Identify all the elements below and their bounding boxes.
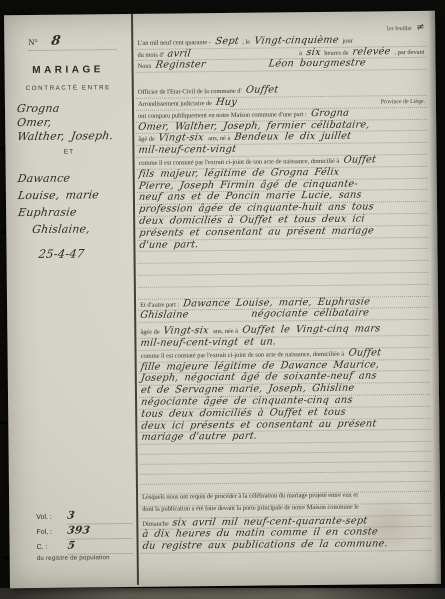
handwritten-text: 5 xyxy=(67,541,76,552)
printed-text: âgé de xyxy=(138,137,155,144)
rule-filler xyxy=(241,103,377,104)
rule-filler xyxy=(193,317,247,318)
printed-text: ans, né à xyxy=(208,136,230,143)
act-number-value: 8 xyxy=(51,35,62,48)
handwritten-text: Léon bourgmestre xyxy=(268,59,367,70)
printed-text: du mois d' xyxy=(137,52,163,59)
c-value: 5 xyxy=(67,535,132,555)
handwritten-text: Louise, marie xyxy=(17,189,99,201)
table-edge xyxy=(0,588,445,599)
handwritten-text: Ouffet xyxy=(343,155,377,165)
handwritten-text: Vingt-cinquième xyxy=(253,36,339,47)
printed-text: Lesquels nous ont requis de procéder à l… xyxy=(142,493,358,502)
printed-text: ans, née à xyxy=(213,329,238,336)
handwritten-text: Omer, xyxy=(16,117,52,128)
handwritten-text: Ouffet le Vingt-cinq mars xyxy=(241,324,380,335)
printed-text: jour xyxy=(343,38,353,45)
handwritten-text: six xyxy=(305,48,321,58)
printed-text: ont comparu publiquement en notre Maison… xyxy=(138,112,307,120)
printed-text: Dimanche xyxy=(142,521,168,528)
handwritten-text: Ghislaine, xyxy=(32,223,91,235)
handwritten-text: Dawance xyxy=(17,173,71,185)
handwritten-text: Sept xyxy=(214,37,239,47)
handwritten-text: Euphrasie xyxy=(17,207,77,219)
handwritten-text: Walther, Joseph. xyxy=(17,130,114,142)
printed-text: Province de Liège. xyxy=(381,99,425,105)
printed-text: Et d'autre part : xyxy=(140,302,179,309)
date-annotation: 25-4-47 xyxy=(38,244,84,262)
handwritten-text: deux domiciliés à Ouffet et tous deux ic… xyxy=(139,214,366,226)
rule-filler xyxy=(373,315,427,316)
handwritten-text: Reginster xyxy=(154,61,205,71)
printed-text: à xyxy=(299,51,302,58)
vol-row: Vol. : 3 xyxy=(36,505,132,521)
fol-row: Fol, : 393 xyxy=(36,520,132,536)
printed-text: , le xyxy=(242,39,250,46)
handwritten-text: d'une part. xyxy=(139,240,199,250)
binding-stitch xyxy=(0,421,8,424)
handwritten-text: relevée xyxy=(352,47,391,57)
printed-text: comme il est constaté par l'extrait ci-j… xyxy=(141,351,345,360)
printed-text: Officier de l'Etat-Civil de la commune d… xyxy=(138,89,242,97)
act-lines: 1er feuillet≠L'an mil neuf cent quarante… xyxy=(135,23,432,554)
handwritten-text: présents et consentant au présent mariag… xyxy=(139,226,375,238)
printed-text: dont la publication a été faite devant l… xyxy=(142,504,359,513)
rule-filler xyxy=(370,65,425,66)
act-line: Ghislainenégociante célibataire xyxy=(138,308,429,323)
printed-text: comme il est constaté par l'extrait ci-j… xyxy=(139,159,340,168)
act-text-column: 1er feuillet≠L'an mil neuf cent quarante… xyxy=(135,23,432,554)
bride-name-block: Dawance Louise, marie Euphrasie Ghislain… xyxy=(18,168,100,237)
handwritten-text: 25-4-47 xyxy=(38,248,85,260)
handwritten-text: du registre aux publications de la commu… xyxy=(142,540,388,552)
printed-text: 1er feuillet xyxy=(386,26,412,32)
act-subtitle: CONTRACTÉ ENTRE xyxy=(5,84,132,92)
act-title: MARIAGE xyxy=(5,64,132,76)
register-caption: du registre de population xyxy=(37,554,133,562)
register-references: Vol. : 3 Fol, : 393 C. : 5 du registre d… xyxy=(36,505,133,562)
act-number-row: N° 8 xyxy=(28,34,116,51)
handwritten-text: ≠ xyxy=(415,23,425,33)
rule-filler xyxy=(195,55,295,56)
handwritten-text: avril xyxy=(167,49,192,59)
printed-text: Nous xyxy=(138,64,152,71)
handwritten-text: Grogna xyxy=(16,103,60,114)
act-line: NousReginsterLéon bourgmestre xyxy=(136,58,427,73)
handwritten-text: tous deux domiciliés à Ouffet et tous xyxy=(141,407,347,419)
handwritten-text: Ouffet xyxy=(245,86,279,96)
handwritten-text: Vingt-six xyxy=(163,326,210,336)
rule-filler xyxy=(209,67,264,68)
handwritten-text: deux ici présents et consentant au prése… xyxy=(141,419,377,431)
printed-text: Arrondissement judiciaire de xyxy=(138,101,212,108)
printed-text: L'an mil neuf cent quarante - xyxy=(137,40,211,47)
handwritten-text: Ouffet xyxy=(347,348,381,358)
photo-background: N° 8 MARIAGE CONTRACTÉ ENTRE Grogna Omer… xyxy=(0,0,445,599)
handwritten-text: fils majeur, légitime de Grogna Félix xyxy=(138,168,340,180)
and-label: ET xyxy=(5,148,132,156)
printed-text: âgée de xyxy=(140,330,159,337)
register-page: N° 8 MARIAGE CONTRACTÉ ENTRE Grogna Omer… xyxy=(4,11,441,588)
handwritten-text: 393 xyxy=(67,525,91,536)
handwritten-text: mariage d'autre part. xyxy=(141,432,258,443)
printed-text: , par devant xyxy=(394,49,424,56)
handwritten-text: 3 xyxy=(67,511,76,522)
vol-label: Vol. : xyxy=(36,514,62,521)
groom-name-block: Grogna Omer, Walther, Joseph. xyxy=(17,98,113,141)
handwritten-text: Bendeux le dix juillet xyxy=(234,132,352,143)
handwritten-text: Huy xyxy=(215,98,237,108)
handwritten-text: Vingt-six xyxy=(158,134,205,144)
margin-column: N° 8 MARIAGE CONTRACTÉ ENTRE Grogna Omer… xyxy=(4,14,137,588)
act-number-label: N° xyxy=(28,38,38,47)
handwritten-text: négociante âgée de cinquante-cinq ans xyxy=(140,396,353,408)
c-row: C. : 5 xyxy=(36,535,132,551)
handwritten-text: négociante célibataire xyxy=(250,309,369,320)
handwritten-text: mil-neuf-cent-vingt xyxy=(138,145,237,156)
printed-text: heures de xyxy=(324,50,348,57)
handwritten-text: Ghislaine xyxy=(140,311,190,321)
c-label: C. : xyxy=(37,544,63,551)
handwritten-text: mil-neuf-cent-vingt et un. xyxy=(140,337,277,348)
fol-label: Fol, : xyxy=(36,529,62,536)
rule-filler xyxy=(137,30,382,33)
handwritten-text: Grogna xyxy=(310,108,349,118)
